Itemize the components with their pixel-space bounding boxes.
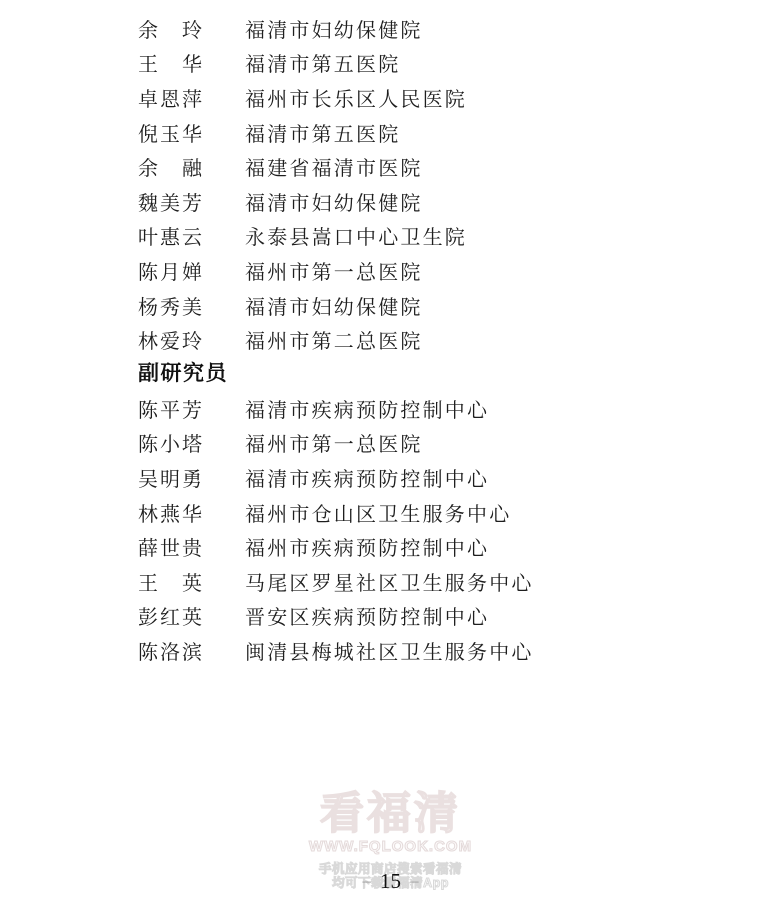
organization-name: 福州市仓山区卫生服务中心 — [245, 498, 511, 527]
organization-name: 福清市疾病预防控制中心 — [245, 463, 489, 492]
footer-dash-right: – — [410, 871, 419, 890]
document-page: 余 玲 福清市妇幼保健院 王 华 福清市第五医院 卓恩萍 福州市长乐区人民医院 … — [0, 0, 781, 902]
organization-name: 福州市第二总医院 — [245, 325, 423, 354]
person-name: 杨秀美 — [138, 291, 204, 320]
person-name: 余 玲 — [138, 14, 204, 43]
list-row: 薛世贵 福州市疾病预防控制中心 — [138, 529, 534, 564]
organization-name: 福清市疾病预防控制中心 — [245, 394, 489, 423]
list-row: 吴明勇 福清市疾病预防控制中心 — [138, 460, 534, 495]
person-name: 王 华 — [138, 48, 204, 77]
list-row: 陈小塔 福州市第一总医院 — [138, 426, 534, 461]
organization-name: 永泰县嵩口中心卫生院 — [245, 221, 467, 250]
list-row: 彭红英 晋安区疾病预防控制中心 — [138, 599, 534, 634]
page-number: 15 — [380, 869, 401, 893]
person-name: 陈小塔 — [138, 428, 204, 457]
organization-name: 福建省福清市医院 — [245, 152, 423, 181]
list-row: 陈洛滨 闽清县梅城社区卫生服务中心 — [138, 633, 534, 668]
watermark-url: WWW.FQLOOK.COM — [0, 839, 781, 855]
page-footer: –15– — [0, 869, 781, 894]
person-name: 吴明勇 — [138, 463, 204, 492]
list-row: 倪玉华 福清市第五医院 — [138, 115, 534, 150]
watermark-title: 看福清 — [0, 791, 781, 837]
person-name: 余 融 — [138, 152, 204, 181]
person-name: 倪玉华 — [138, 118, 204, 147]
organization-name: 福清市第五医院 — [245, 48, 400, 77]
roster-content: 余 玲 福清市妇幼保健院 王 华 福清市第五医院 卓恩萍 福州市长乐区人民医院 … — [138, 11, 534, 668]
organization-name: 福州市第一总医院 — [245, 428, 423, 457]
organization-name: 福清市妇幼保健院 — [245, 187, 423, 216]
organization-name: 福州市第一总医院 — [245, 256, 423, 285]
organization-name: 闽清县梅城社区卫生服务中心 — [245, 636, 534, 665]
person-name: 薛世贵 — [138, 532, 204, 561]
person-name: 叶惠云 — [138, 221, 204, 250]
person-name: 陈洛滨 — [138, 636, 204, 665]
roster-list-top: 余 玲 福清市妇幼保健院 王 华 福清市第五医院 卓恩萍 福州市长乐区人民医院 … — [138, 11, 534, 357]
list-row: 杨秀美 福清市妇幼保健院 — [138, 288, 534, 323]
person-name: 魏美芳 — [138, 187, 204, 216]
list-row: 余 融 福建省福清市医院 — [138, 149, 534, 184]
list-row: 林燕华 福州市仓山区卫生服务中心 — [138, 495, 534, 530]
person-name: 陈平芳 — [138, 394, 204, 423]
organization-name: 晋安区疾病预防控制中心 — [245, 601, 489, 630]
roster-list-bottom: 陈平芳 福清市疾病预防控制中心 陈小塔 福州市第一总医院 吴明勇 福清市疾病预防… — [138, 391, 534, 668]
list-row: 卓恩萍 福州市长乐区人民医院 — [138, 80, 534, 115]
organization-name: 福清市妇幼保健院 — [245, 14, 423, 43]
organization-name: 福州市疾病预防控制中心 — [245, 532, 489, 561]
person-name: 陈月婵 — [138, 256, 204, 285]
organization-name: 福州市长乐区人民医院 — [245, 83, 467, 112]
organization-name: 马尾区罗星社区卫生服务中心 — [245, 567, 534, 596]
organization-name: 福清市妇幼保健院 — [245, 291, 423, 320]
list-row: 林爱玲 福州市第二总医院 — [138, 322, 534, 357]
list-row: 叶惠云 永泰县嵩口中心卫生院 — [138, 219, 534, 254]
list-row: 王 华 福清市第五医院 — [138, 46, 534, 81]
person-name: 王 英 — [138, 567, 204, 596]
list-row: 魏美芳 福清市妇幼保健院 — [138, 184, 534, 219]
list-row: 陈平芳 福清市疾病预防控制中心 — [138, 391, 534, 426]
list-row: 陈月婵 福州市第一总医院 — [138, 253, 534, 288]
person-name: 林燕华 — [138, 498, 204, 527]
person-name: 卓恩萍 — [138, 83, 204, 112]
footer-dash-left: – — [363, 871, 372, 890]
person-name: 彭红英 — [138, 601, 204, 630]
list-row: 余 玲 福清市妇幼保健院 — [138, 11, 534, 46]
list-row: 王 英 马尾区罗星社区卫生服务中心 — [138, 564, 534, 599]
organization-name: 福清市第五医院 — [245, 118, 400, 147]
section-heading: 副研究员 — [138, 357, 534, 387]
person-name: 林爱玲 — [138, 325, 204, 354]
